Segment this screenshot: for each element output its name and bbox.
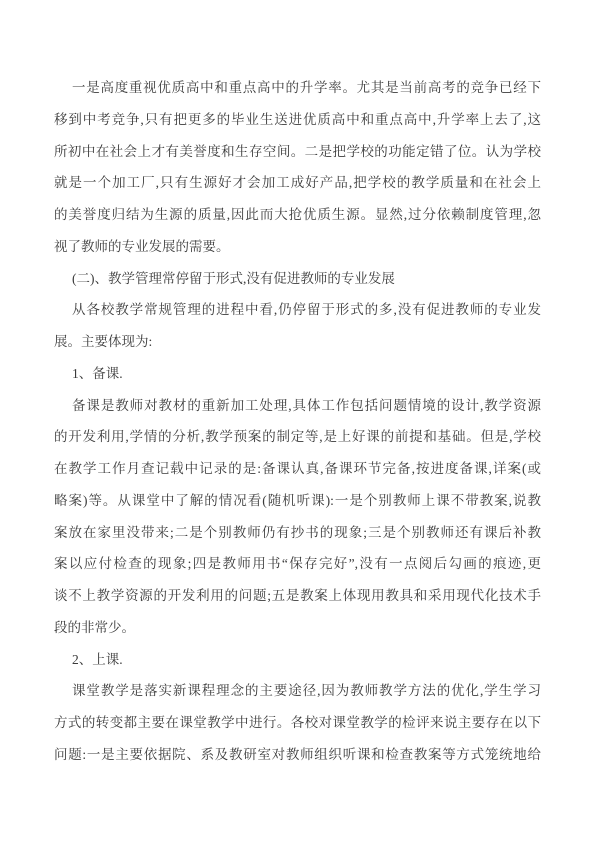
text-line: (二)、教学管理常停留于形式,没有促进教师的专业发展 [54,263,541,295]
paragraph: 从各校教学常规管理的进程中看,仍停留于形式的多,没有促进教师的专业发展。主要体现… [54,294,541,358]
paragraph: 一是高度重视优质高中和重点高中的升学率。尤其是当前高考的竞争已经下移到中考竞争,… [54,72,541,263]
text-line: 所初中在社会上才有美誉度和生存空间。二是把学校的功能定错了位。认为学校 [54,136,541,168]
text-line: 谈不上教学资源的开发利用的问题;五是教案上体现用教具和采用现代化技术手 [54,580,541,612]
paragraph: 课堂教学是落实新课程理念的主要途径,因为教师教学方法的优化,学生学习方式的转变都… [54,675,541,770]
paragraph: 1、备课. [54,358,541,390]
text-line: 移到中考竞争,只有把更多的毕业生送进优质高中和重点高中,升学率上去了,这 [54,104,541,136]
text-line: 1、备课. [54,358,541,390]
document-body: 一是高度重视优质高中和重点高中的升学率。尤其是当前高考的竞争已经下移到中考竞争,… [54,72,541,771]
text-line: 一是高度重视优质高中和重点高中的升学率。尤其是当前高考的竞争已经下 [54,72,541,104]
text-line: 展。主要体现为: [54,326,541,358]
text-line: 略案)等。从课堂中了解的情况看(随机听课):一是个别教师上课不带教案,说教 [54,485,541,517]
text-line: 案放在家里没带来;二是个别教师仍有抄书的现象;三是个别教师还有课后补教 [54,517,541,549]
text-line: 从各校教学常规管理的进程中看,仍停留于形式的多,没有促进教师的专业发 [54,294,541,326]
text-line: 问题:一是主要依据院、系及教研室对教师组织听课和检查教案等方式笼统地给 [54,739,541,771]
text-line: 案以应付检查的现象;四是教师用书“保存完好”,没有一点阅后勾画的痕迹,更 [54,548,541,580]
text-line: 的美誉度归结为生源的质量,因此而大抢优质生源。显然,过分依赖制度管理,忽 [54,199,541,231]
text-line: 的开发利用,学情的分析,教学预案的制定等,是上好课的前提和基础。但是,学校 [54,421,541,453]
text-line: 在教学工作月查记载中记录的是:备课认真,备课环节完备,按进度备课,详案(或 [54,453,541,485]
text-line: 段的非常少。 [54,612,541,644]
text-line: 视了教师的专业发展的需要。 [54,231,541,263]
paragraph: (二)、教学管理常停留于形式,没有促进教师的专业发展 [54,263,541,295]
text-line: 备课是教师对教材的重新加工处理,具体工作包括问题情境的设计,教学资源 [54,390,541,422]
paragraph: 备课是教师对教材的重新加工处理,具体工作包括问题情境的设计,教学资源的开发利用,… [54,390,541,644]
text-line: 课堂教学是落实新课程理念的主要途径,因为教师教学方法的优化,学生学习 [54,675,541,707]
paragraph: 2、上课. [54,644,541,676]
text-line: 2、上课. [54,644,541,676]
document-page: 一是高度重视优质高中和重点高中的升学率。尤其是当前高考的竞争已经下移到中考竞争,… [0,0,595,842]
text-line: 就是一个加工厂,只有生源好才会加工成好产品,把学校的教学质量和在社会上 [54,167,541,199]
text-line: 方式的转变都主要在课堂教学中进行。各校对课堂教学的检评来说主要存在以下 [54,707,541,739]
